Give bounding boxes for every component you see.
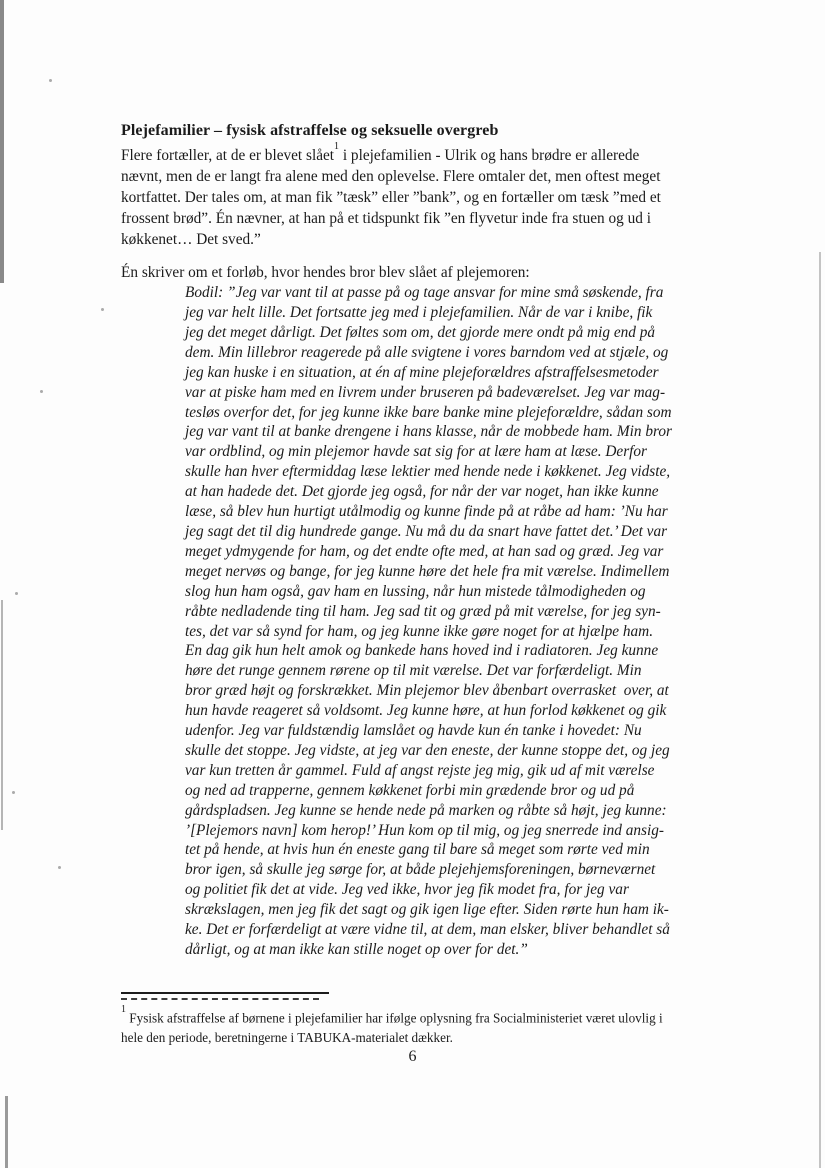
quote-line: bror græd højt og forskrækket. Min pleje…: [185, 681, 711, 701]
quote-line: skulle han hver eftermiddag læse lektier…: [185, 462, 711, 482]
footnote-reference: 1: [334, 141, 339, 152]
quote-line: meget ydmygende for ham, og det endte of…: [185, 542, 711, 562]
page-number: 6: [0, 1048, 825, 1066]
quote-line: tet på hende, at hvis hun én eneste gang…: [185, 840, 711, 860]
block-quote-lines: Bodil: ”Jeg var vant til at passe på og …: [185, 283, 711, 960]
quote-line: og ned ad trapperne, gennem køkkenet for…: [185, 781, 711, 801]
footnote-separator-shadow: [121, 998, 319, 1000]
scan-artifact-left-edge: [5, 1096, 8, 1168]
quote-line: læse, så blev hun hurtigt utålmodig og k…: [185, 502, 711, 522]
quote-line: at han hadede det. Det gjorde jeg også, …: [185, 482, 711, 502]
paragraph-line: nævnt, men de er langt fra alene med den…: [121, 166, 711, 187]
quote-line: jeg var vant til at banke drengene i han…: [185, 422, 711, 442]
scan-artifact-left-edge: [0, 0, 4, 283]
quote-line: jeg sagt det til dig hundrede gange. Nu …: [185, 522, 711, 542]
footnote-text: Fysisk afstraffelse af børnene i plejefa…: [126, 1010, 663, 1025]
quote-line: jeg var helt lille. Det fortsatte jeg me…: [185, 303, 711, 323]
quote-line: var kun tretten år gammel. Fuld af angst…: [185, 761, 711, 781]
quote-line: jeg det meget dårligt. Det føltes som om…: [185, 323, 711, 343]
paragraph-line: kortfattet. Der tales om, at man fik ”tæ…: [121, 187, 711, 208]
footnote-marker: 1: [121, 1004, 126, 1015]
quote-line: jeg kan huske i en situation, at én af m…: [185, 363, 711, 383]
quote-line: gårdspladsen. Jeg kunne se hende nede på…: [185, 801, 711, 821]
scan-artifact-left-edge: [1, 600, 3, 830]
intro-paragraph-lines: nævnt, men de er langt fra alene med den…: [121, 166, 711, 250]
quote-line: var at piske ham med en livrem under bru…: [185, 383, 711, 403]
footnote-separator: [121, 992, 329, 994]
paragraph-line: køkkenet… Det sved.”: [121, 229, 711, 250]
quote-line: skulle det stoppe. Jeg vidste, at jeg va…: [185, 741, 711, 761]
paragraph-line: frossent brød”. Én nævner, at han på et …: [121, 208, 711, 229]
quote-line: En dag gik hun helt amok og bankede hans…: [185, 641, 711, 661]
quote-line: råbte nedladende ting til ham. Jeg sad t…: [185, 602, 711, 622]
quote-line: meget nervøs og bange, for jeg kunne hør…: [185, 562, 711, 582]
quote-line: slog hun ham også, gav ham en lussing, n…: [185, 582, 711, 602]
paragraph-text: Flere fortæller, at de er blevet slået: [121, 147, 334, 164]
footnote: 1 Fysisk afstraffelse af børnene i pleje…: [121, 992, 711, 1048]
quote-line: var ordblind, og min plejemor havde sat …: [185, 442, 711, 462]
quote-line: dårligt, og at man ikke kan stille noget…: [185, 940, 711, 960]
quote-line: dem. Min lillebror reagerede på alle svi…: [185, 343, 711, 363]
quote-line: høre det runge gennem rørene op til mit …: [185, 661, 711, 681]
quote-line: bror igen, så skulle jeg sørge for, at b…: [185, 860, 711, 880]
scan-speck: [40, 390, 43, 393]
quote-lead-in: Én skriver om et forløb, hvor hendes bro…: [121, 262, 711, 283]
paragraph-text: i plejefamilien - Ulrik og hans brødre e…: [339, 147, 639, 164]
page-content: Plejefamilier – fysisk afstraffelse og s…: [121, 120, 711, 960]
quote-line: hun havde reageret så voldsomt. Jeg kunn…: [185, 701, 711, 721]
quote-line: ke. Det er forfærdeligt at være vidne ti…: [185, 920, 711, 940]
scan-speck: [12, 791, 15, 794]
section-heading: Plejefamilier – fysisk afstraffelse og s…: [121, 120, 711, 141]
scan-artifact-right-edge: [819, 252, 821, 1168]
scan-speck: [15, 592, 18, 595]
quote-line: tesløs overfor det, for jeg kunne ikke b…: [185, 403, 711, 423]
scan-speck: [49, 79, 52, 82]
document-page: Plejefamilier – fysisk afstraffelse og s…: [0, 0, 825, 1168]
quote-line: tes, det var så synd for ham, og jeg kun…: [185, 622, 711, 642]
quote-line: skrækslagen, men jeg fik det sagt og gik…: [185, 900, 711, 920]
scan-speck: [58, 866, 61, 869]
quote-line: og politiet fik det at vide. Jeg ved ikk…: [185, 880, 711, 900]
quote-line: udenfor. Jeg var fuldstændig lamslået og…: [185, 721, 711, 741]
quote-line: Bodil: ”Jeg var vant til at passe på og …: [185, 283, 711, 303]
intro-paragraph: Flere fortæller, at de er blevet slået1 …: [121, 141, 711, 250]
scan-speck: [101, 308, 104, 311]
paragraph-line: Flere fortæller, at de er blevet slået1 …: [121, 141, 711, 166]
quote-line: ’[Plejemors navn] kom herop!’ Hun kom op…: [185, 821, 711, 841]
footnote-line: hele den periode, beretningerne i TABUKA…: [121, 1028, 711, 1048]
block-quote: Bodil: ”Jeg var vant til at passe på og …: [185, 283, 711, 960]
footnote-line: 1 Fysisk afstraffelse af børnene i pleje…: [121, 1005, 711, 1028]
